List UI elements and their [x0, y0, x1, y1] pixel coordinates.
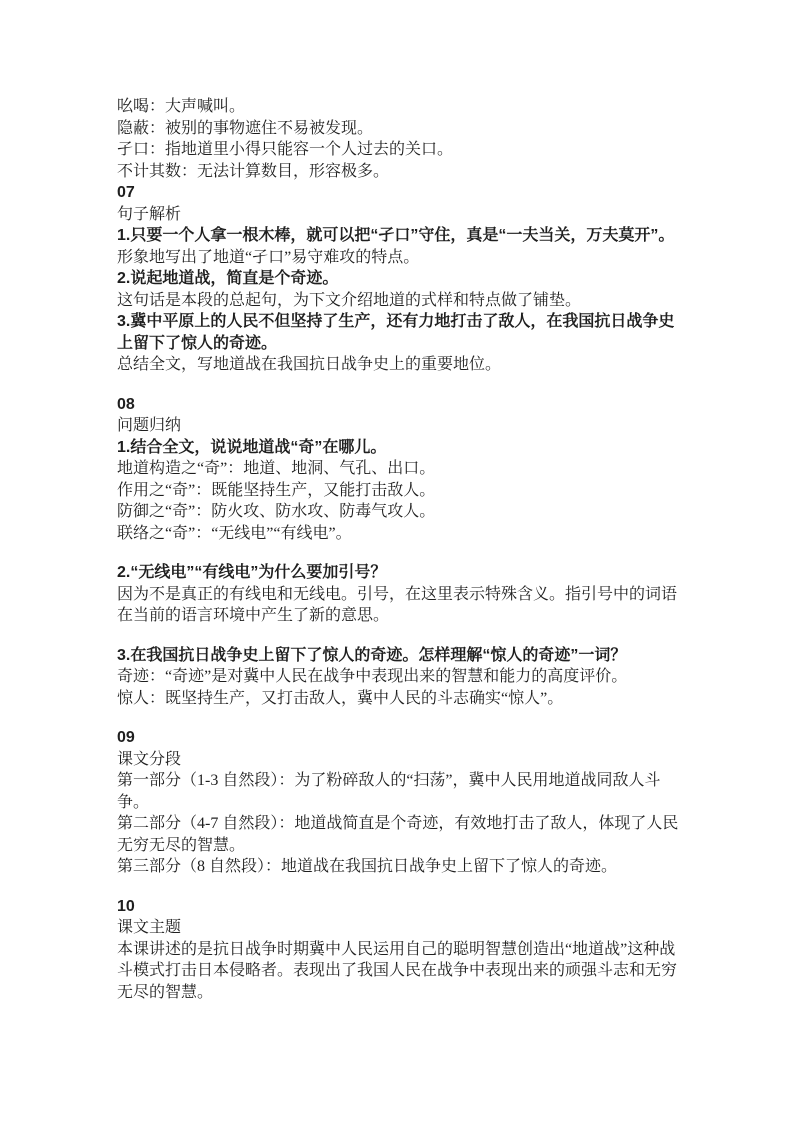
paragraph: 奇迹：“奇迹”是对冀中人民在战争中表现出来的智慧和能力的高度评价。 [117, 666, 679, 688]
paragraph: 孑口：指地道里小得只能容一个人过去的关口。 [117, 139, 679, 161]
paragraph: 不计其数：无法计算数目，形容极多。 [117, 161, 679, 183]
section-heading: 课文分段 [117, 749, 679, 771]
document-content: 吆喝：大声喊叫。隐蔽：被别的事物遮住不易被发现。孑口：指地道里小得只能容一个人过… [117, 96, 679, 1003]
paragraph: 第二部分（4-7 自然段）：地道战简直是个奇迹，有效地打击了敌人，体现了人民无穷… [117, 813, 679, 856]
section-number: 09 [117, 727, 679, 749]
paragraph: 这句话是本段的总起句，为下文介绍地道的式样和特点做了铺垫。 [117, 290, 679, 312]
paragraph: 因为不是真正的有线电和无线电。引号，在这里表示特殊含义。指引号中的词语在当前的语… [117, 584, 679, 627]
paragraph: 3.冀中平原上的人民不但坚持了生产，还有力地打击了敌人，在我国抗日战争史上留下了… [117, 311, 679, 354]
section-number: 07 [117, 182, 679, 204]
paragraph: 吆喝：大声喊叫。 [117, 96, 679, 118]
section-number: 08 [117, 394, 679, 416]
section-08: 08问题归纳1.结合全文，说说地道战“奇”在哪儿。地道构造之“奇”：地道、地洞、… [117, 394, 679, 710]
paragraph: 总结全文，写地道战在我国抗日战争史上的重要地位。 [117, 354, 679, 376]
paragraph: 1.结合全文，说说地道战“奇”在哪儿。 [117, 437, 679, 459]
paragraph: 地道构造之“奇”：地道、地洞、气孔、出口。 [117, 458, 679, 480]
section-10: 10课文主题本课讲述的是抗日战争时期冀中人民运用自己的聪明智慧创造出“地道战”这… [117, 896, 679, 1004]
paragraph: 第三部分（8 自然段）：地道战在我国抗日战争史上留下了惊人的奇迹。 [117, 856, 679, 878]
section-number: 10 [117, 896, 679, 918]
paragraph: 形象地写出了地道“孑口”易守难攻的特点。 [117, 247, 679, 269]
paragraph: 2.“无线电”“有线电”为什么要加引号？ [117, 562, 679, 584]
paragraph: 作用之“奇”：既能坚持生产，又能打击敌人。 [117, 480, 679, 502]
word-definitions: 吆喝：大声喊叫。隐蔽：被别的事物遮住不易被发现。孑口：指地道里小得只能容一个人过… [117, 96, 679, 182]
paragraph: 第一部分（1-3 自然段）：为了粉碎敌人的“扫荡”，冀中人民用地道战同敌人斗争。 [117, 770, 679, 813]
document-page: 吆喝：大声喊叫。隐蔽：被别的事物遮住不易被发现。孑口：指地道里小得只能容一个人过… [0, 0, 793, 1122]
paragraph: 惊人：既坚持生产，又打击敌人，冀中人民的斗志确实“惊人”。 [117, 688, 679, 710]
paragraph: 3.在我国抗日战争史上留下了惊人的奇迹。怎样理解“惊人的奇迹”一词？ [117, 645, 679, 667]
section-07: 07句子解析1.只要一个人拿一根木棒，就可以把“孑口”守住，真是“一夫当关，万夫… [117, 182, 679, 376]
paragraph: 联络之“奇”：“无线电”“有线电”。 [117, 523, 679, 545]
section-heading: 课文主题 [117, 917, 679, 939]
paragraph: 防御之“奇”：防火攻、防水攻、防毒气攻人。 [117, 501, 679, 523]
paragraph: 1.只要一个人拿一根木棒，就可以把“孑口”守住，真是“一夫当关，万夫莫开”。 [117, 225, 679, 247]
paragraph: 本课讲述的是抗日战争时期冀中人民运用自己的聪明智慧创造出“地道战”这种战斗模式打… [117, 939, 679, 1004]
paragraph: 2.说起地道战，简直是个奇迹。 [117, 268, 679, 290]
section-heading: 问题归纳 [117, 415, 679, 437]
section-09: 09课文分段第一部分（1-3 自然段）：为了粉碎敌人的“扫荡”，冀中人民用地道战… [117, 727, 679, 878]
paragraph: 隐蔽：被别的事物遮住不易被发现。 [117, 118, 679, 140]
section-heading: 句子解析 [117, 204, 679, 226]
